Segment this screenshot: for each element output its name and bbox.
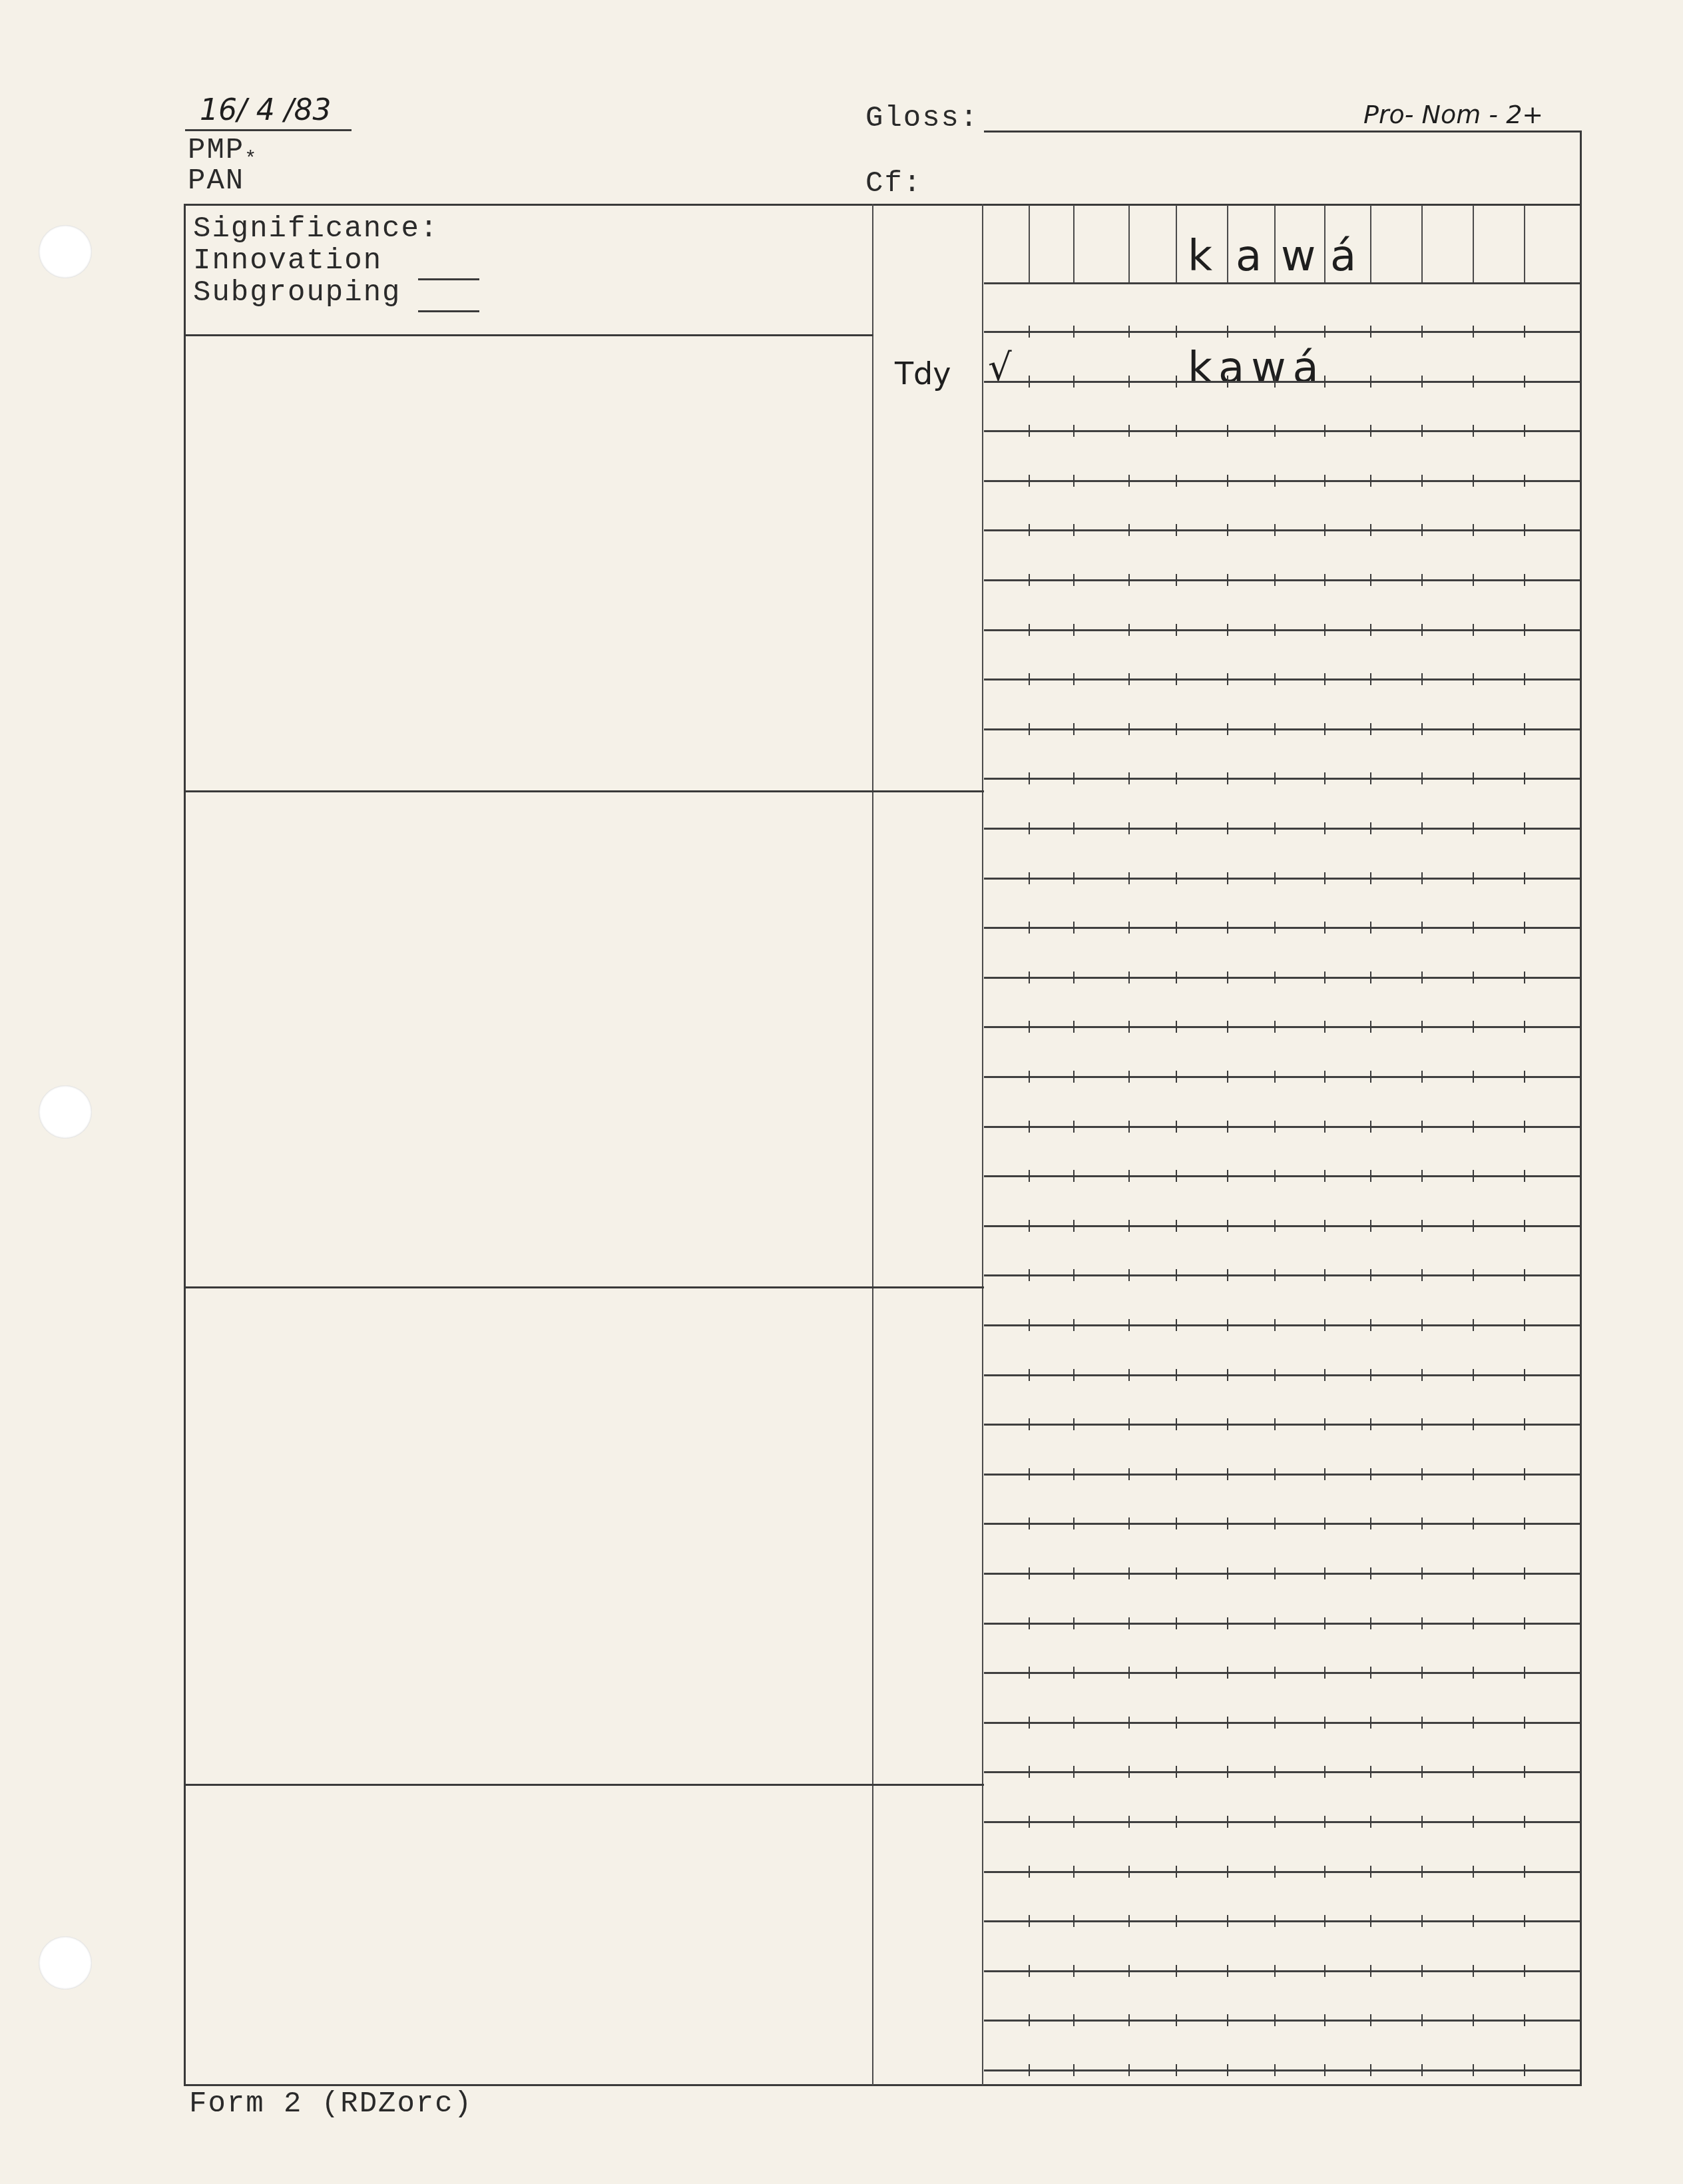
grid-tick-mark xyxy=(1227,1220,1228,1232)
gloss-value[interactable]: Pro- Nom - 2+ xyxy=(1363,100,1543,129)
grid-tick-mark xyxy=(1370,1021,1371,1033)
grid-tick-mark xyxy=(1524,971,1525,983)
header-cell-divider xyxy=(1274,205,1276,284)
grid-tick-mark xyxy=(1421,2014,1423,2026)
grid-tick-mark xyxy=(1421,822,1423,834)
grid-tick-mark xyxy=(1176,1567,1177,1579)
grid-tick-mark xyxy=(1421,326,1423,338)
grid-tick-mark xyxy=(1421,1866,1423,1878)
grid-tick-mark xyxy=(1324,1517,1325,1529)
frame-top-rule xyxy=(185,204,1582,206)
grid-tick-mark xyxy=(1029,1667,1030,1679)
grid-tick-mark xyxy=(1274,1269,1276,1281)
grid-tick-mark xyxy=(1128,2014,1130,2026)
grid-tick-mark xyxy=(1128,1269,1130,1281)
grid-tick-mark xyxy=(1073,524,1075,536)
grid-tick-mark xyxy=(1324,1766,1325,1778)
grid-tick-mark xyxy=(1421,673,1423,685)
row-form-kawa[interactable]: kawá xyxy=(1188,344,1325,393)
grid-tick-mark xyxy=(1029,1517,1030,1529)
grid-tick-mark xyxy=(1370,723,1371,735)
grid-tick-mark xyxy=(1370,872,1371,884)
grid-tick-mark xyxy=(1524,1418,1525,1430)
grid-tick-mark xyxy=(1324,922,1325,934)
grid-tick-mark xyxy=(1473,524,1474,536)
grid-tick-mark xyxy=(1421,624,1423,636)
grid-tick-mark xyxy=(1324,524,1325,536)
grid-tick-mark xyxy=(1029,1567,1030,1579)
grid-tick-mark xyxy=(1524,1021,1525,1033)
grid-tick-mark xyxy=(1324,872,1325,884)
grid-tick-mark xyxy=(1073,1369,1075,1381)
grid-tick-mark xyxy=(1073,1866,1075,1878)
header-cell-divider xyxy=(1421,205,1423,284)
grid-tick-mark xyxy=(1274,723,1276,735)
grid-tick-mark xyxy=(1370,1915,1371,1927)
grid-tick-mark xyxy=(1421,772,1423,784)
form-label: Form 2 (RDZorc) xyxy=(189,2087,473,2121)
grid-tick-mark xyxy=(1473,1220,1474,1232)
grid-tick-mark xyxy=(1176,1766,1177,1778)
grid-tick-mark xyxy=(1073,574,1075,586)
grid-tick-mark xyxy=(1029,1021,1030,1033)
grid-tick-mark xyxy=(1274,1121,1276,1133)
grid-tick-mark xyxy=(1029,425,1030,437)
grid-tick-mark xyxy=(1227,1816,1228,1828)
grid-tick-mark xyxy=(1227,1766,1228,1778)
grid-tick-mark xyxy=(1473,1667,1474,1679)
grid-tick-mark xyxy=(1227,1517,1228,1529)
grid-tick-mark xyxy=(1176,971,1177,983)
grid-tick-mark xyxy=(1524,772,1525,784)
grid-tick-mark xyxy=(1176,1866,1177,1878)
grid-tick-mark xyxy=(1421,971,1423,983)
grid-tick-mark xyxy=(1029,1418,1030,1430)
grid-tick-mark xyxy=(1073,2014,1075,2026)
grid-tick-mark xyxy=(1029,822,1030,834)
grid-tick-mark xyxy=(1227,475,1228,487)
header-cell-divider xyxy=(1128,205,1130,284)
grid-tick-mark xyxy=(1029,1717,1030,1729)
grid-tick-mark xyxy=(1274,2014,1276,2026)
grid-tick-mark xyxy=(1227,1269,1228,1281)
grid-tick-mark xyxy=(1176,1269,1177,1281)
grid-tick-mark xyxy=(1473,1816,1474,1828)
grid-tick-mark xyxy=(1176,2064,1177,2076)
grid-tick-mark xyxy=(1128,524,1130,536)
grid-tick-mark xyxy=(1370,1816,1371,1828)
grid-tick-mark xyxy=(1073,1567,1075,1579)
grid-tick-mark xyxy=(1524,1965,1525,1977)
grid-tick-mark xyxy=(1176,326,1177,338)
grid-tick-mark xyxy=(1524,475,1525,487)
grid-tick-mark xyxy=(1274,574,1276,586)
grid-tick-mark xyxy=(1370,2014,1371,2026)
grid-tick-mark xyxy=(1227,1418,1228,1430)
grid-tick-mark xyxy=(1073,475,1075,487)
grid-tick-mark xyxy=(1324,1021,1325,1033)
grid-tick-mark xyxy=(1274,1517,1276,1529)
grid-tick-mark xyxy=(1029,624,1030,636)
grid-tick-mark xyxy=(1524,1269,1525,1281)
grid-tick-mark xyxy=(1524,1071,1525,1083)
grid-tick-mark xyxy=(1227,1170,1228,1182)
grid-tick-mark xyxy=(1324,2014,1325,2026)
grid-tick-mark xyxy=(1274,2064,1276,2076)
grid-tick-mark xyxy=(1128,872,1130,884)
grid-tick-mark xyxy=(1473,1170,1474,1182)
grid-tick-mark xyxy=(1370,1766,1371,1778)
grid-left-border xyxy=(982,204,983,2085)
cf-label: Cf: xyxy=(865,166,922,201)
grid-tick-mark xyxy=(1473,1567,1474,1579)
significance-bottom-rule xyxy=(185,334,873,336)
header-letter-a-acute: á xyxy=(1330,232,1356,281)
grid-tick-mark xyxy=(1274,1965,1276,1977)
grid-tick-mark xyxy=(1029,1766,1030,1778)
grid-tick-mark xyxy=(1128,376,1130,388)
grid-tick-mark xyxy=(1421,1468,1423,1480)
grid-tick-mark xyxy=(1473,1766,1474,1778)
grid-tick-mark xyxy=(1176,1667,1177,1679)
grid-tick-mark xyxy=(1128,475,1130,487)
grid-tick-mark xyxy=(1073,1021,1075,1033)
grid-tick-mark xyxy=(1370,1617,1371,1629)
grid-tick-mark xyxy=(1073,1816,1075,1828)
grid-tick-mark xyxy=(1073,1965,1075,1977)
grid-tick-mark xyxy=(1274,673,1276,685)
notes-area-3[interactable] xyxy=(188,1290,871,1782)
grid-tick-mark xyxy=(1073,1269,1075,1281)
grid-tick-mark xyxy=(1274,1220,1276,1232)
grid-tick-mark xyxy=(1274,524,1276,536)
grid-tick-mark xyxy=(1073,1121,1075,1133)
grid-tick-mark xyxy=(1421,376,1423,388)
notes-divider-1 xyxy=(185,790,984,792)
grid-tick-mark xyxy=(1421,1965,1423,1977)
grid-tick-mark xyxy=(1227,1121,1228,1133)
grid-tick-mark xyxy=(1524,822,1525,834)
grid-tick-mark xyxy=(1128,425,1130,437)
grid-tick-mark xyxy=(1370,624,1371,636)
grid-tick-mark xyxy=(1324,1369,1325,1381)
grid-tick-mark xyxy=(1073,624,1075,636)
grid-tick-mark xyxy=(1176,624,1177,636)
grid-tick-mark xyxy=(1370,673,1371,685)
grid-tick-mark xyxy=(1524,624,1525,636)
grid-tick-mark xyxy=(1473,1269,1474,1281)
grid-tick-mark xyxy=(1524,1319,1525,1331)
grid-tick-mark xyxy=(1274,376,1276,388)
grid-tick-mark xyxy=(1370,1121,1371,1133)
grid-tick-mark xyxy=(1324,1866,1325,1878)
grid-tick-mark xyxy=(1473,1915,1474,1927)
grid-tick-mark xyxy=(1227,624,1228,636)
grid-tick-mark xyxy=(1029,475,1030,487)
grid-tick-mark xyxy=(1029,1269,1030,1281)
grid-tick-mark xyxy=(1073,1617,1075,1629)
grid-tick-mark xyxy=(1324,1220,1325,1232)
grid-tick-mark xyxy=(1176,1319,1177,1331)
grid-tick-mark xyxy=(1029,922,1030,934)
grid-tick-mark xyxy=(1324,1121,1325,1133)
grid-tick-mark xyxy=(1029,524,1030,536)
grid-tick-mark xyxy=(1473,624,1474,636)
grid-tick-mark xyxy=(1128,1667,1130,1679)
grid-tick-mark xyxy=(1128,326,1130,338)
grid-tick-mark xyxy=(1524,1915,1525,1927)
grid-tick-mark xyxy=(1324,1617,1325,1629)
grid-tick-mark xyxy=(1473,425,1474,437)
grid-tick-mark xyxy=(1128,1319,1130,1331)
grid-tick-mark xyxy=(1370,1071,1371,1083)
grid-tick-mark xyxy=(1128,723,1130,735)
grid-tick-mark xyxy=(1473,1717,1474,1729)
grid-tick-mark xyxy=(1073,1319,1075,1331)
grid-tick-mark xyxy=(1274,1816,1276,1828)
grid-tick-mark xyxy=(1370,1468,1371,1480)
grid-tick-mark xyxy=(1473,1617,1474,1629)
grid-tick-mark xyxy=(1029,1071,1030,1083)
grid-tick-mark xyxy=(1370,1717,1371,1729)
grid-tick-mark xyxy=(1370,1418,1371,1430)
grid-tick-mark xyxy=(1227,1667,1228,1679)
grid-tick-mark xyxy=(1421,1021,1423,1033)
grid-tick-mark xyxy=(1227,922,1228,934)
grid-tick-mark xyxy=(1324,1071,1325,1083)
grid-tick-mark xyxy=(1128,1021,1130,1033)
punch-hole-bottom xyxy=(39,1936,92,1990)
grid-tick-mark xyxy=(1073,673,1075,685)
grid-tick-mark xyxy=(1421,574,1423,586)
header-cell-divider xyxy=(1227,205,1228,284)
notes-area-4[interactable] xyxy=(188,1787,871,2083)
date-field[interactable]: 16/ 4 /83 xyxy=(200,93,332,127)
grid-tick-mark xyxy=(1370,2064,1371,2076)
grid-tick-mark xyxy=(1524,1816,1525,1828)
grid-tick-mark xyxy=(1421,1319,1423,1331)
grid-tick-mark xyxy=(1227,1717,1228,1729)
grid-tick-mark xyxy=(1421,1816,1423,1828)
grid-tick-mark xyxy=(1370,524,1371,536)
grid-tick-mark xyxy=(1073,425,1075,437)
grid-tick-mark xyxy=(1176,524,1177,536)
grid-tick-mark xyxy=(1324,2064,1325,2076)
grid-tick-mark xyxy=(1176,1717,1177,1729)
subgrouping-label: Subgrouping xyxy=(193,276,401,310)
grid-tick-mark xyxy=(1473,1965,1474,1977)
grid-tick-mark xyxy=(1128,1766,1130,1778)
grid-tick-mark xyxy=(1176,772,1177,784)
grid-tick-mark xyxy=(1324,1667,1325,1679)
grid-tick-mark xyxy=(1227,1567,1228,1579)
grid-tick-mark xyxy=(1128,1170,1130,1182)
grid-tick-mark xyxy=(1274,1369,1276,1381)
grid-tick-mark xyxy=(1029,1319,1030,1331)
grid-tick-mark xyxy=(1227,524,1228,536)
notes-area-1[interactable] xyxy=(188,337,871,788)
grid-tick-mark xyxy=(1324,326,1325,338)
grid-tick-mark xyxy=(1524,1717,1525,1729)
grid-tick-mark xyxy=(1274,624,1276,636)
grid-tick-mark xyxy=(1176,1121,1177,1133)
grid-tick-mark xyxy=(1029,971,1030,983)
grid-tick-mark xyxy=(1176,1021,1177,1033)
grid-tick-mark xyxy=(1324,425,1325,437)
grid-tick-mark xyxy=(1473,1021,1474,1033)
grid-tick-mark xyxy=(1176,872,1177,884)
grid-tick-mark xyxy=(1324,1319,1325,1331)
grid-tick-mark xyxy=(1029,1617,1030,1629)
grid-tick-mark xyxy=(1274,1667,1276,1679)
grid-tick-mark xyxy=(1274,772,1276,784)
grid-tick-mark xyxy=(1227,2014,1228,2026)
punch-hole-top xyxy=(39,225,92,278)
grid-tick-mark xyxy=(1227,326,1228,338)
grid-tick-mark xyxy=(1370,475,1371,487)
grid-tick-mark xyxy=(1324,1269,1325,1281)
grid-tick-mark xyxy=(1473,872,1474,884)
grid-tick-mark xyxy=(1274,971,1276,983)
grid-tick-mark xyxy=(1274,425,1276,437)
grid-tick-mark xyxy=(1324,1468,1325,1480)
grid-tick-mark xyxy=(1524,376,1525,388)
grid-tick-mark xyxy=(1073,1220,1075,1232)
grid-tick-mark xyxy=(1227,2064,1228,2076)
grid-tick-mark xyxy=(1176,1816,1177,1828)
grid-tick-mark xyxy=(1324,1915,1325,1927)
grid-tick-mark xyxy=(1324,673,1325,685)
grid-tick-mark xyxy=(1176,1965,1177,1977)
notes-area-2[interactable] xyxy=(188,794,871,1285)
grid-tick-mark xyxy=(1227,1071,1228,1083)
grid-tick-mark xyxy=(1370,971,1371,983)
pmp-marker: * xyxy=(244,148,258,171)
grid-tick-mark xyxy=(1473,1369,1474,1381)
grid-tick-mark xyxy=(1274,1071,1276,1083)
grid-tick-mark xyxy=(1073,1915,1075,1927)
grid-tick-mark xyxy=(1421,1369,1423,1381)
innovation-blank[interactable] xyxy=(418,278,479,280)
grid-tick-mark xyxy=(1421,1071,1423,1083)
grid-tick-mark xyxy=(1370,1220,1371,1232)
grid-tick-mark xyxy=(1324,1816,1325,1828)
grid-tick-mark xyxy=(1128,1121,1130,1133)
grid-tick-mark xyxy=(1128,2064,1130,2076)
grid-tick-mark xyxy=(1227,971,1228,983)
grid-tick-mark xyxy=(1128,822,1130,834)
header-cell-divider xyxy=(1029,205,1030,284)
grid-tick-mark xyxy=(1524,673,1525,685)
grid-tick-mark xyxy=(1128,1567,1130,1579)
grid-tick-mark xyxy=(1073,1667,1075,1679)
grid-tick-mark xyxy=(1128,772,1130,784)
grid-tick-mark xyxy=(1524,1617,1525,1629)
grid-tick-mark xyxy=(1473,376,1474,388)
gloss-label: Gloss: xyxy=(865,101,979,136)
grid-tick-mark xyxy=(1128,1965,1130,1977)
grid-tick-mark xyxy=(1227,673,1228,685)
grid-tick-mark xyxy=(1421,1269,1423,1281)
grid-tick-mark xyxy=(1029,2064,1030,2076)
grid-tick-mark xyxy=(1274,1617,1276,1629)
grid-tick-mark xyxy=(1421,475,1423,487)
subgrouping-blank[interactable] xyxy=(418,310,479,312)
grid-tick-mark xyxy=(1227,1369,1228,1381)
gloss-line[interactable] xyxy=(984,131,1582,133)
grid-tick-mark xyxy=(1274,922,1276,934)
grid-tick-mark xyxy=(1324,1717,1325,1729)
grid-tick-mark xyxy=(1473,822,1474,834)
grid-tick-mark xyxy=(1029,1170,1030,1182)
grid-tick-mark xyxy=(1128,971,1130,983)
grid-tick-mark xyxy=(1370,822,1371,834)
grid-tick-mark xyxy=(1176,673,1177,685)
grid-tick-mark xyxy=(1227,872,1228,884)
grid-tick-mark xyxy=(1128,1717,1130,1729)
grid-tick-mark xyxy=(1473,772,1474,784)
grid-tick-mark xyxy=(1370,326,1371,338)
frame-right-border xyxy=(1580,131,1582,2086)
grid-tick-mark xyxy=(1370,1965,1371,1977)
grid-tick-mark xyxy=(1421,1667,1423,1679)
grid-tick-mark xyxy=(1073,822,1075,834)
grid-tick-mark xyxy=(1524,922,1525,934)
grid-tick-mark xyxy=(1324,971,1325,983)
grid-tick-mark xyxy=(1128,1369,1130,1381)
grid-tick-mark xyxy=(1128,624,1130,636)
grid-tick-mark xyxy=(1274,1766,1276,1778)
grid-tick-mark xyxy=(1324,1567,1325,1579)
grid-tick-mark xyxy=(1227,425,1228,437)
grid-tick-mark xyxy=(1176,1418,1177,1430)
header-letter-a: a xyxy=(1236,232,1262,281)
grid-tick-mark xyxy=(1176,1517,1177,1529)
grid-tick-mark xyxy=(1524,1866,1525,1878)
grid-tick-mark xyxy=(1029,1816,1030,1828)
grid-tick-mark xyxy=(1473,723,1474,735)
grid-tick-mark xyxy=(1227,1915,1228,1927)
grid-tick-mark xyxy=(1473,326,1474,338)
grid-tick-mark xyxy=(1524,574,1525,586)
grid-tick-mark xyxy=(1029,376,1030,388)
grid-tick-mark xyxy=(1227,822,1228,834)
grid-tick-mark xyxy=(1128,1617,1130,1629)
grid-tick-mark xyxy=(1227,574,1228,586)
grid-tick-mark xyxy=(1227,1021,1228,1033)
language-label-tdy: Tdy xyxy=(895,356,951,392)
grid-tick-mark xyxy=(1473,2014,1474,2026)
grid-tick-mark xyxy=(1421,1717,1423,1729)
grid-tick-mark xyxy=(1176,574,1177,586)
significance-title: Significance: xyxy=(193,212,439,246)
grid-tick-mark xyxy=(1029,1866,1030,1878)
frame-left-border xyxy=(184,204,186,2086)
grid-tick-mark xyxy=(1274,1567,1276,1579)
grid-tick-mark xyxy=(1274,1021,1276,1033)
grid-tick-mark xyxy=(1421,425,1423,437)
grid-tick-mark xyxy=(1370,1369,1371,1381)
grid-tick-mark xyxy=(1370,1667,1371,1679)
grid-tick-mark xyxy=(1073,772,1075,784)
grid-tick-mark xyxy=(1421,1418,1423,1430)
row-checkmark: √ xyxy=(988,346,1012,390)
grid-tick-mark xyxy=(1421,1121,1423,1133)
grid-tick-mark xyxy=(1524,326,1525,338)
grid-tick-mark xyxy=(1473,1866,1474,1878)
grid-tick-mark xyxy=(1227,1468,1228,1480)
grid-tick-mark xyxy=(1524,1170,1525,1182)
